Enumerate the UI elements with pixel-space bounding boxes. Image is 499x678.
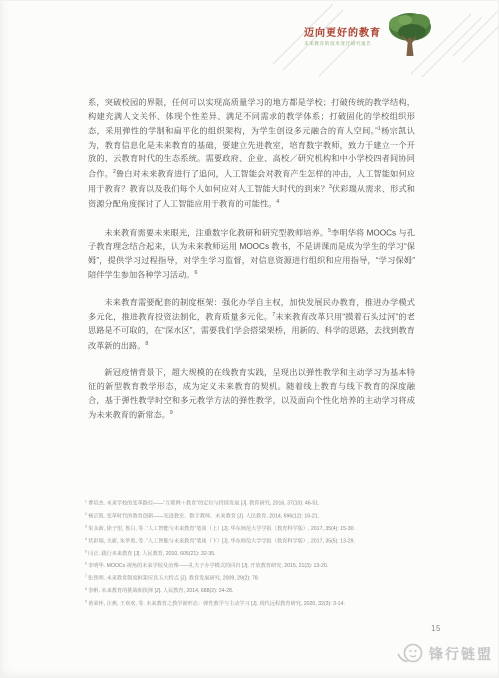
footnote-ref: 4 — [276, 199, 279, 205]
footnote-item: 4伏彩瑞, 关新, 朱华勇, 等. “人工智能与未来教育”笔谈（下）[J]. 华… — [85, 534, 426, 547]
footnote-item: 8李帆. 未来教育的挑战和抉择 [J]. 人民教育, 2014, 688(2):… — [85, 584, 426, 597]
footnote-number: 1 — [85, 500, 87, 504]
footnote-ref: 2 — [113, 169, 116, 175]
paragraph-list: 系，突破校园的界限，任何可以实现高质量学习的地方都是学校；打破传统的教学结构，构… — [88, 96, 415, 422]
body-paragraph: 未来教育需要配套的制度框架：强化办学自主权，加快发展民办教育，推进办学模式多元化… — [88, 296, 415, 354]
tree-icon — [385, 10, 435, 60]
footnote-ref: 3 — [329, 184, 332, 190]
footnote-number: 3 — [85, 525, 87, 529]
footnote-ref: 7 — [272, 312, 275, 318]
footnote-item: 6李明华. MOOCs 视角的未来学校及治理——孔夫子办学模式的回归 [J]. … — [85, 559, 426, 572]
footnotes: 1曹培杰. 未来学校的变革路径——“互联网＋教育”的定位与持续发展 [J]. 教… — [85, 496, 426, 609]
footnote-number: 8 — [85, 587, 87, 591]
footnote-number: 6 — [85, 562, 87, 566]
brand-logo-title: 迈向更好的教育 — [304, 24, 381, 39]
footnote-number: 5 — [85, 550, 87, 554]
footnote-item: 1曹培杰. 未来学校的变革路径——“互联网＋教育”的定位与持续发展 [J]. 教… — [85, 496, 426, 509]
page-header: 迈向更好的教育 未来教育的技术变迁研究报告 — [259, 0, 499, 78]
footnote-number: 7 — [85, 575, 87, 579]
footnote-ref: 9 — [170, 410, 173, 416]
body-paragraph: 未来教育需要未来眼光，注重数字化教研和研究型教师培养。5李明华将 MOOCs 与… — [88, 225, 415, 283]
footnote-ref: 1 — [378, 126, 381, 132]
footnote-ref: 6 — [194, 270, 197, 276]
footnote-number: 4 — [85, 537, 87, 541]
brand-watermark: 锋行链盟 — [396, 641, 493, 667]
footnote-item: 7张铁明. 未来教育制度框架应具五大特点 [J]. 教育发展研究, 2009, … — [85, 571, 426, 584]
footnote-ref: 5 — [328, 228, 331, 234]
footnote-number: 2 — [85, 512, 87, 516]
body-paragraph: 新冠疫情背景下，超大规模的在线教育实践，呈现出以弹性教学和主动学习为基本特征的新… — [88, 366, 415, 422]
brand-logo-subtitle: 未来教育的技术变迁研究报告 — [304, 41, 381, 47]
mascot-icon — [396, 641, 426, 667]
footnote-item: 9黄荣怀, 汪燕, 王欢欢, 等. 未来教育之教学新形态：弹性教学与主动学习 [… — [85, 596, 426, 609]
footnote-ref: 8 — [145, 341, 148, 347]
body-text: 系，突破校园的界限，任何可以实现高质量学习的地方都是学校；打破传统的教学结构，构… — [88, 96, 415, 435]
brand-logo: 迈向更好的教育 未来教育的技术变迁研究报告 — [304, 24, 381, 47]
footnote-item: 5闫正. 践行未来教育 [J]. 人民教育, 2010, 605(21): 32… — [85, 546, 426, 559]
body-paragraph: 系，突破校园的界限，任何可以实现高质量学习的地方都是学校；打破传统的教学结构，构… — [88, 96, 415, 212]
footnote-item: 3朱永新, 徐子望, 鲁白, 等. “人工智能与未来教育”笔谈（上）[J]. 华… — [85, 521, 426, 534]
footnote-number: 9 — [85, 600, 87, 604]
page-number: 15 — [431, 624, 441, 633]
footnote-item: 2杨宗凯. 变革时代的教育创新——先进教室、数字教师、未来教育 [J]. 人民教… — [85, 509, 426, 522]
watermark-text: 锋行链盟 — [429, 644, 493, 664]
document-page: 迈向更好的教育 未来教育的技术变迁研究报告 系，突破校园的界限，任何可以实现高质… — [0, 0, 499, 678]
